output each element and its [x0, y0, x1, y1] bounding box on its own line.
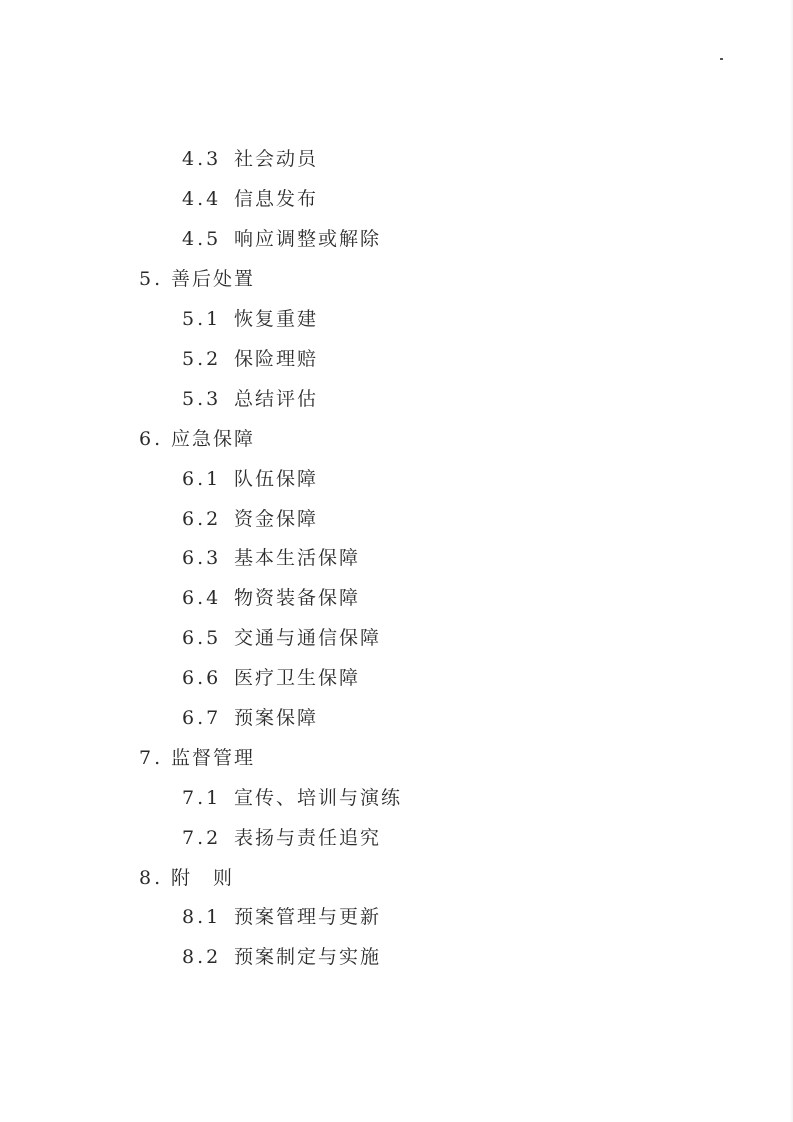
scan-artifact: [720, 58, 723, 60]
toc-entry-6-1: 6.1队伍保障: [182, 467, 318, 491]
toc-number: 5.1: [182, 307, 234, 331]
toc-title: 预案制定与实施: [234, 946, 381, 968]
toc-entry-6-7: 6.7预案保障: [182, 706, 318, 730]
toc-number: 4.3: [182, 147, 234, 171]
toc-number: 7.2: [182, 826, 234, 850]
toc-entry-8-2: 8.2预案制定与实施: [182, 945, 381, 969]
toc-number: 4.4: [182, 187, 234, 211]
toc-title: 保险理赔: [234, 348, 318, 370]
toc-number: 5.2: [182, 347, 234, 371]
toc-title: 预案管理与更新: [234, 906, 381, 928]
toc-number: 6.6: [182, 666, 234, 690]
toc-number: 5.3: [182, 387, 234, 411]
toc-number: 6.3: [182, 546, 234, 570]
toc-title: 总结评估: [234, 388, 318, 410]
toc-entry-6-6: 6.6医疗卫生保障: [182, 666, 360, 690]
toc-title: 应急保障: [171, 428, 255, 450]
toc-entry-6-4: 6.4物资装备保障: [182, 586, 360, 610]
toc-title: 基本生活保障: [234, 547, 360, 569]
toc-number: 8.1: [182, 905, 234, 929]
toc-number: 6.: [139, 427, 171, 451]
toc-title: 恢复重建: [234, 308, 318, 330]
toc-title: 表扬与责任追究: [234, 827, 381, 849]
toc-number: 6.4: [182, 586, 234, 610]
toc-entry-6: 6.应急保障: [139, 427, 255, 451]
toc-entry-7-2: 7.2表扬与责任追究: [182, 826, 381, 850]
toc-number: 7.: [139, 746, 171, 770]
toc-title: 响应调整或解除: [234, 228, 381, 250]
toc-number: 6.5: [182, 626, 234, 650]
toc-title: 预案保障: [234, 707, 318, 729]
toc-entry-4-5: 4.5响应调整或解除: [182, 227, 381, 251]
toc-number: 8.: [139, 866, 171, 890]
toc-number: 8.2: [182, 945, 234, 969]
toc-entry-6-3: 6.3基本生活保障: [182, 546, 360, 570]
toc-title: 监督管理: [171, 747, 255, 769]
toc-title: 社会动员: [234, 148, 318, 170]
toc-entry-6-2: 6.2资金保障: [182, 507, 318, 531]
toc-entry-5-1: 5.1恢复重建: [182, 307, 318, 331]
toc-entry-8-1: 8.1预案管理与更新: [182, 905, 381, 929]
toc-entry-7: 7.监督管理: [139, 746, 255, 770]
toc-title: 信息发布: [234, 188, 318, 210]
toc-entry-4-3: 4.3社会动员: [182, 147, 318, 171]
document-page: 4.3社会动员 4.4信息发布 4.5响应调整或解除 5.善后处置 5.1恢复重…: [0, 0, 793, 1122]
toc-entry-5: 5.善后处置: [139, 267, 255, 291]
toc-title: 善后处置: [171, 268, 255, 290]
toc-entry-4-4: 4.4信息发布: [182, 187, 318, 211]
toc-title: 宣传、培训与演练: [234, 787, 402, 809]
toc-number: 7.1: [182, 786, 234, 810]
toc-entry-5-3: 5.3总结评估: [182, 387, 318, 411]
toc-number: 6.1: [182, 467, 234, 491]
toc-title: 附 则: [171, 867, 234, 889]
toc-number: 6.2: [182, 507, 234, 531]
toc-number: 6.7: [182, 706, 234, 730]
toc-title: 资金保障: [234, 508, 318, 530]
toc-title: 物资装备保障: [234, 587, 360, 609]
toc-entry-8: 8.附 则: [139, 866, 234, 890]
toc-entry-5-2: 5.2保险理赔: [182, 347, 318, 371]
toc-entry-6-5: 6.5交通与通信保障: [182, 626, 381, 650]
toc-title: 交通与通信保障: [234, 627, 381, 649]
toc-title: 医疗卫生保障: [234, 667, 360, 689]
toc-number: 4.5: [182, 227, 234, 251]
toc-title: 队伍保障: [234, 468, 318, 490]
toc-entry-7-1: 7.1宣传、培训与演练: [182, 786, 402, 810]
toc-number: 5.: [139, 267, 171, 291]
